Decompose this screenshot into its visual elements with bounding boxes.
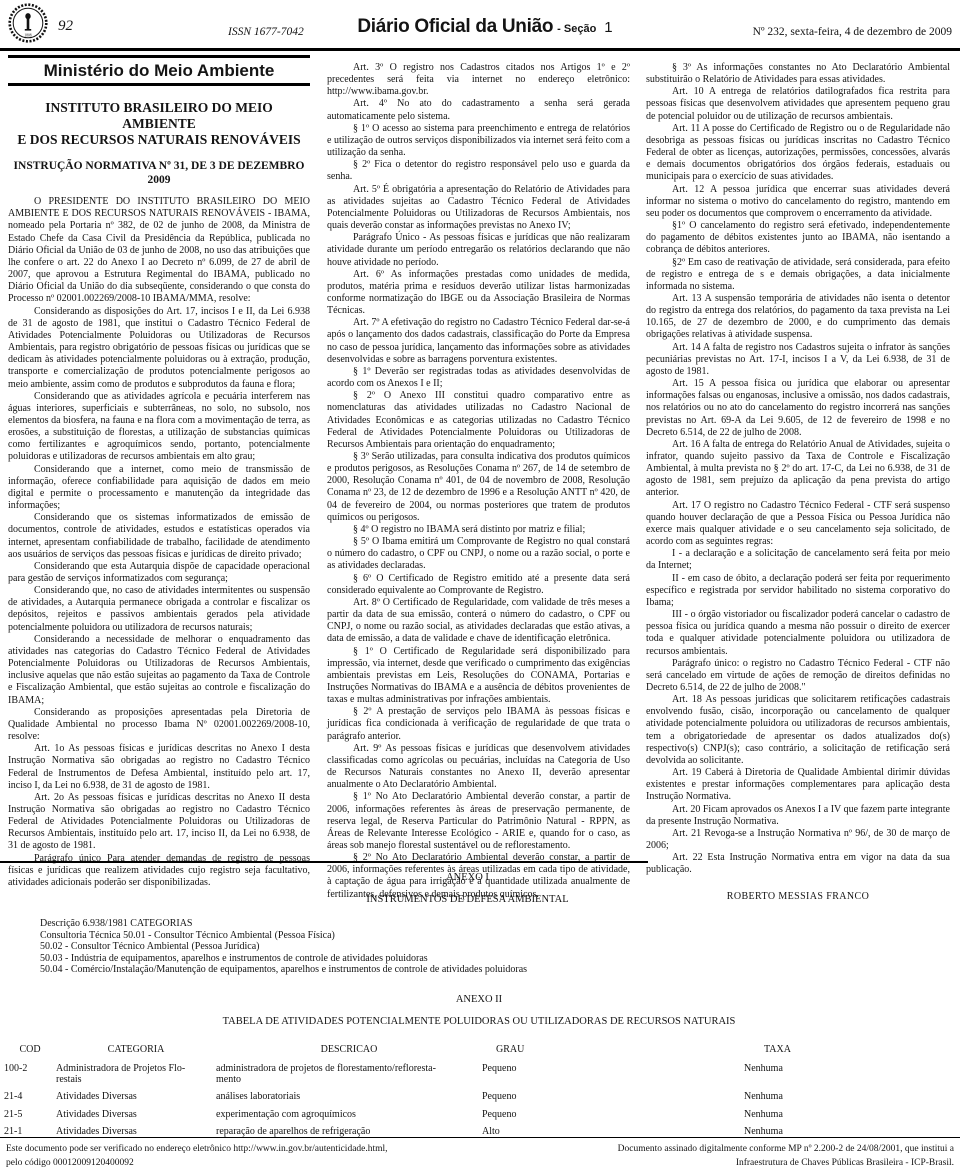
table-cell: Atividades Diversas [56,1092,216,1103]
paragraph: § 2º A prestação de serviços pelo IBAMA … [327,706,630,742]
anexo-line: Consultoria Técnica 50.01 - Consultor Té… [40,930,935,942]
column-header-categoria: CATEGORIA [56,1044,216,1055]
paragraph: Art. 2o As pessoas físicas e jurídicas d… [8,792,310,853]
issn-label: ISSN 1677-7042 [228,26,304,38]
paragraph: Art. 18 As pessoas juridicas que solicit… [646,694,950,767]
footer-signature-note: Documento assinado digitalmente conforme… [514,1143,954,1168]
institute-heading: INSTITUTO BRASILEIRO DO MEIO AMBIENTE E … [8,100,310,148]
ministry-banner: Ministério do Meio Ambiente [8,55,310,86]
paragraph: § 5º O Ibama emitirá um Comprovante de R… [327,536,630,572]
paragraph: III - o órgão vistoriador ou fiscalizado… [646,609,950,658]
paragraph: § 1º No Ato Declaratório Ambiental dever… [327,791,630,852]
paragraph: Considerando que a internet, como meio d… [8,464,310,513]
paragraph: Considerando que esta Autarquia dispõe d… [8,561,310,585]
table-cell: Nenhuma [744,1064,954,1085]
paragraph: § 2º O Anexo III constitui quadro compar… [327,390,630,451]
paragraph: II - em caso de óbito, a declaração pode… [646,573,950,609]
header-rule [0,48,960,51]
column-2-paragraphs: Art. 3º O registro nos Cadastros citados… [327,62,630,901]
paragraph: Considerando as disposições do Art. 17, … [8,306,310,391]
paragraph: §1º O cancelamento do registro será efet… [646,220,950,256]
paragraph: § 4º O registro no IBAMA será distinto p… [327,524,630,536]
page-number: 92 [58,18,73,35]
gazette-title: Diário Oficial da União [357,16,553,37]
table-cell: Atividades Diversas [56,1110,216,1121]
paragraph: Art. 12 A pessoa jurídica que encerrar s… [646,184,950,220]
paragraph: § 1º O acesso ao sistema para preenchime… [327,123,630,159]
paragraph: Art. 16 A falta de entrega do Relatório … [646,439,950,500]
paragraph: Art. 15 A pessoa física ou jurídica que … [646,378,950,439]
imprensa-nacional-logo: 1808 [8,3,48,43]
table-cell: 21-4 [4,1092,56,1103]
gazette-page: 1808 92 ISSN 1677-7042 Diário Oficial da… [0,0,960,1168]
column-2: Art. 3º O registro nos Cadastros citados… [327,62,630,901]
anexo-line: Descrição 6.938/1981 CATEGORIAS [40,918,935,930]
table-cell: análises laboratoriais [216,1092,482,1103]
table-cell: administradora de projetos de florestame… [216,1064,482,1085]
paragraph: O PRESIDENTE DO INSTITUTO BRASILEIRO DO … [8,196,310,305]
anexo-line: 50.04 - Comércio/Instalação/Manutenção d… [40,964,935,976]
paragraph: Art. 5º É obrigatória a apresentação do … [327,184,630,233]
footer-signature-line2: Infraestrutura de Chaves Públicas Brasil… [514,1157,954,1168]
paragraph: Art. 3º O registro nos Cadastros citados… [327,62,630,98]
paragraph: Considerando que, no caso de atividades … [8,585,310,634]
table-row: 21-5Atividades Diversasexperimentação co… [4,1110,954,1121]
paragraph: Considerando que as atividades agrícola … [8,391,310,464]
footer-verification-line1: Este documento pode ser verificado no en… [6,1143,526,1157]
paragraph: Considerando que os sistemas informatiza… [8,512,310,561]
column-3: § 3º As informações constantes no Ato De… [646,62,950,904]
column-header-cod: COD [4,1044,56,1055]
column-header-taxa: TAXA [744,1044,954,1055]
table-cell: experimentação com agroquímicos [216,1110,482,1121]
paragraph: § 3º As informações constantes no Ato De… [646,62,950,86]
footer-verification-line2: pelo código 00012009120400092 [6,1157,526,1168]
anexo-2-subtitle: TABELA DE ATIVIDADES POTENCIALMENTE POLU… [4,1016,954,1027]
paragraph: § 1º O Certificado de Regularidade será … [327,646,630,707]
table-cell: Nenhuma [744,1110,954,1121]
paragraph: Art. 1o As pessoas físicas e jurídicas d… [8,743,310,792]
paragraph: Art. 21 Revoga-se a Instrução Normativa … [646,828,950,852]
table-row: 100-2Administradora de Projetos Flo- res… [4,1064,954,1085]
table-header-row: COD CATEGORIA DESCRICAO GRAU TAXA [4,1044,954,1055]
column-1-paragraphs: O PRESIDENTE DO INSTITUTO BRASILEIRO DO … [8,196,310,889]
paragraph: I - a declaração e a solicitação de canc… [646,548,950,572]
table-cell: Pequeno [482,1110,744,1121]
paragraph: Art. 10 A entrega de relatórios datilogr… [646,86,950,122]
table-cell: Administradora de Projetos Flo- restais [56,1064,216,1085]
section-label: - Seção [557,23,596,35]
anexo-1-title: ANEXO I [0,872,935,883]
column-1: Ministério do Meio Ambiente INSTITUTO BR… [8,55,310,889]
paragraph: Art. 9º As pessoas físicas e jurídicas q… [327,743,630,792]
paragraph: Art. 6º As informações prestadas como un… [327,269,630,318]
footer-signature-line1: Documento assinado digitalmente conforme… [514,1143,954,1157]
section-number: 1 [600,19,612,36]
anexo-1-section: ANEXO I INSTRUMENTOS DE DEFESA AMBIENTAL… [0,872,935,976]
anexo-line: 50.03 - Indústria de equipamentos, apare… [40,953,935,965]
paragraph: Art. 7º A efetivação do registro no Cada… [327,317,630,366]
paragraph: §2º Em caso de reativação de atividade, … [646,257,950,293]
table-cell: 100-2 [4,1064,56,1085]
table-cell: Pequeno [482,1064,744,1085]
anexo-2-title: ANEXO II [4,994,954,1005]
paragraph: Art. 13 A suspensão temporária de ativid… [646,293,950,342]
anexo-1-lines: Descrição 6.938/1981 CATEGORIASConsultor… [40,918,935,976]
anexo-1-subtitle: INSTRUMENTOS DE DEFESA AMBIENTAL [0,894,935,905]
table-row: 21-4Atividades Diversasanálises laborato… [4,1092,954,1103]
paragraph: Art. 17 O registro no Cadastro Técnico F… [646,500,950,549]
logo-year: 1808 [24,34,31,38]
paragraph: § 3º Serão utilizadas, para consulta ind… [327,451,630,524]
column-header-descricao: DESCRICAO [216,1044,482,1055]
anexo-line: 50.02 - Consultor Técnico Ambiental (Pes… [40,941,935,953]
column-header-grau: GRAU [482,1044,744,1055]
paragraph: Art. 11 A posse do Certificado de Regist… [646,123,950,184]
paragraph: Art. 19 Caberá à Diretoria de Qualidade … [646,767,950,803]
paragraph: Art. 14 A falta de registro nos Cadastro… [646,342,950,378]
norm-title: INSTRUÇÃO NORMATIVA Nº 31, DE 3 DE DEZEM… [8,160,310,187]
paragraph: § 6º O Certificado de Registro emitido a… [327,573,630,597]
paragraph: Parágrafo Único - As pessoas físicas e j… [327,232,630,268]
paragraph: § 2º Fica o detentor do registro respons… [327,159,630,183]
column-3-paragraphs: § 3º As informações constantes no Ato De… [646,62,950,876]
paragraph: Parágrafo único: o registro no Cadastro … [646,658,950,694]
footer-rule [0,1137,960,1138]
paragraph: § 1º Deverão ser registradas todas as at… [327,366,630,390]
paragraph: Considerando a necessidade de melhorar o… [8,634,310,707]
footer-verification: Este documento pode ser verificado no en… [6,1143,526,1168]
table-cell: Pequeno [482,1092,744,1103]
activities-table-body: 100-2Administradora de Projetos Flo- res… [4,1064,954,1138]
edition-info: Nº 232, sexta-feira, 4 de dezembro de 20… [753,26,952,38]
masthead: Diário Oficial da União - Seção 1 [320,16,650,38]
table-cell: Nenhuma [744,1092,954,1103]
anexo-2-section: ANEXO II TABELA DE ATIVIDADES POTENCIALM… [4,994,954,1145]
paragraph: Considerando as proposições apresentadas… [8,707,310,743]
paragraph: Art. 20 Ficam aprovados os Anexos I a IV… [646,804,950,828]
paragraph: Art. 4º No ato do cadastramento a senha … [327,98,630,122]
section-divider-rule [0,861,648,863]
table-cell: 21-5 [4,1110,56,1121]
paragraph: Art. 8º O Certificado de Regularidade, c… [327,597,630,646]
